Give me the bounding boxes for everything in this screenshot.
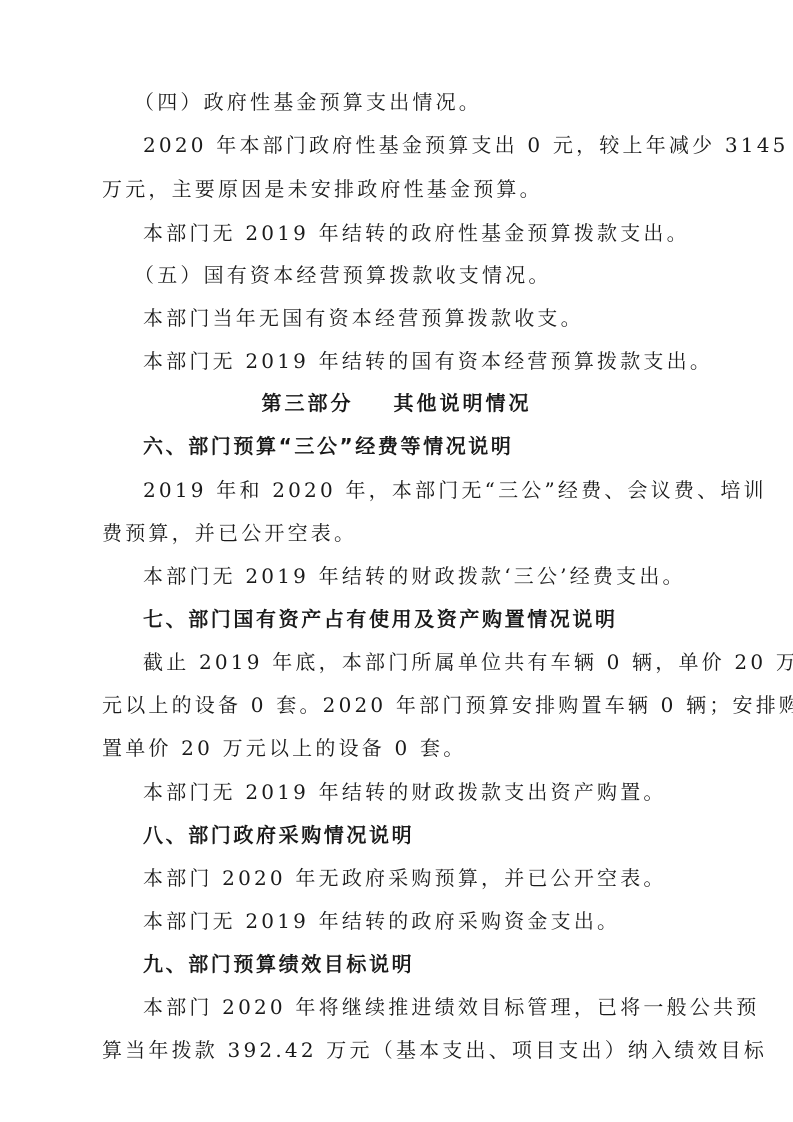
section-heading-seven: 七、部门国有资产占有使用及资产购置情况说明 xyxy=(143,606,707,632)
paragraph-line: 置单价 20 万元以上的设备 0 套。 xyxy=(102,735,707,761)
subsection-title-gov-fund: （四）政府性基金预算支出情况。 xyxy=(134,89,739,115)
section-heading-nine: 九、部门预算绩效目标说明 xyxy=(143,951,707,977)
paragraph-line: 万元，主要原因是未安排政府性基金预算。 xyxy=(102,176,707,202)
paragraph-line: 本部门 2020 年无政府采购预算，并已公开空表。 xyxy=(143,865,707,891)
paragraph-line: 本部门无 2019 年结转的财政拨款支出资产购置。 xyxy=(143,779,707,805)
paragraph-line: 截止 2019 年底，本部门所属单位共有车辆 0 辆，单价 20 万 xyxy=(143,649,707,675)
paragraph-line: 元以上的设备 0 套。2020 年部门预算安排购置车辆 0 辆；安排购 xyxy=(102,692,707,718)
subsection-title-state-capital: （五）国有资本经营预算拨款收支情况。 xyxy=(134,262,739,288)
paragraph-line: 本部门无 2019 年结转的国有资本经营预算拨款支出。 xyxy=(143,348,707,374)
part-title-left: 第三部分 xyxy=(262,391,354,415)
paragraph-line: 2020 年本部门政府性基金预算支出 0 元，较上年减少 3145 xyxy=(143,132,707,158)
paragraph-line: 本部门无 2019 年结转的财政拨款‘三公’经费支出。 xyxy=(143,563,707,589)
paragraph-line: 本部门当年无国有资本经营预算拨款收支。 xyxy=(143,305,707,331)
paragraph-line: 本部门 2020 年将继续推进绩效目标管理，已将一般公共预 xyxy=(143,994,707,1020)
part-title-right: 其他说明情况 xyxy=(394,391,532,415)
paragraph-line: 本部门无 2019 年结转的政府性基金预算拨款支出。 xyxy=(143,220,707,246)
paragraph-line: 2019 年和 2020 年，本部门无“三公”经费、会议费、培训 xyxy=(143,477,707,503)
section-heading-six: 六、部门预算“三公”经费等情况说明 xyxy=(143,433,707,459)
paragraph-line: 费预算，并已公开空表。 xyxy=(102,520,707,546)
paragraph-line: 算当年拨款 392.42 万元（基本支出、项目支出）纳入绩效目标 xyxy=(102,1037,707,1063)
document-page: （四）政府性基金预算支出情况。 2020 年本部门政府性基金预算支出 0 元，较… xyxy=(0,0,793,1122)
part-title: 第三部分其他说明情况 xyxy=(0,390,793,416)
section-heading-eight: 八、部门政府采购情况说明 xyxy=(143,822,707,848)
paragraph-line: 本部门无 2019 年结转的政府采购资金支出。 xyxy=(143,908,707,934)
